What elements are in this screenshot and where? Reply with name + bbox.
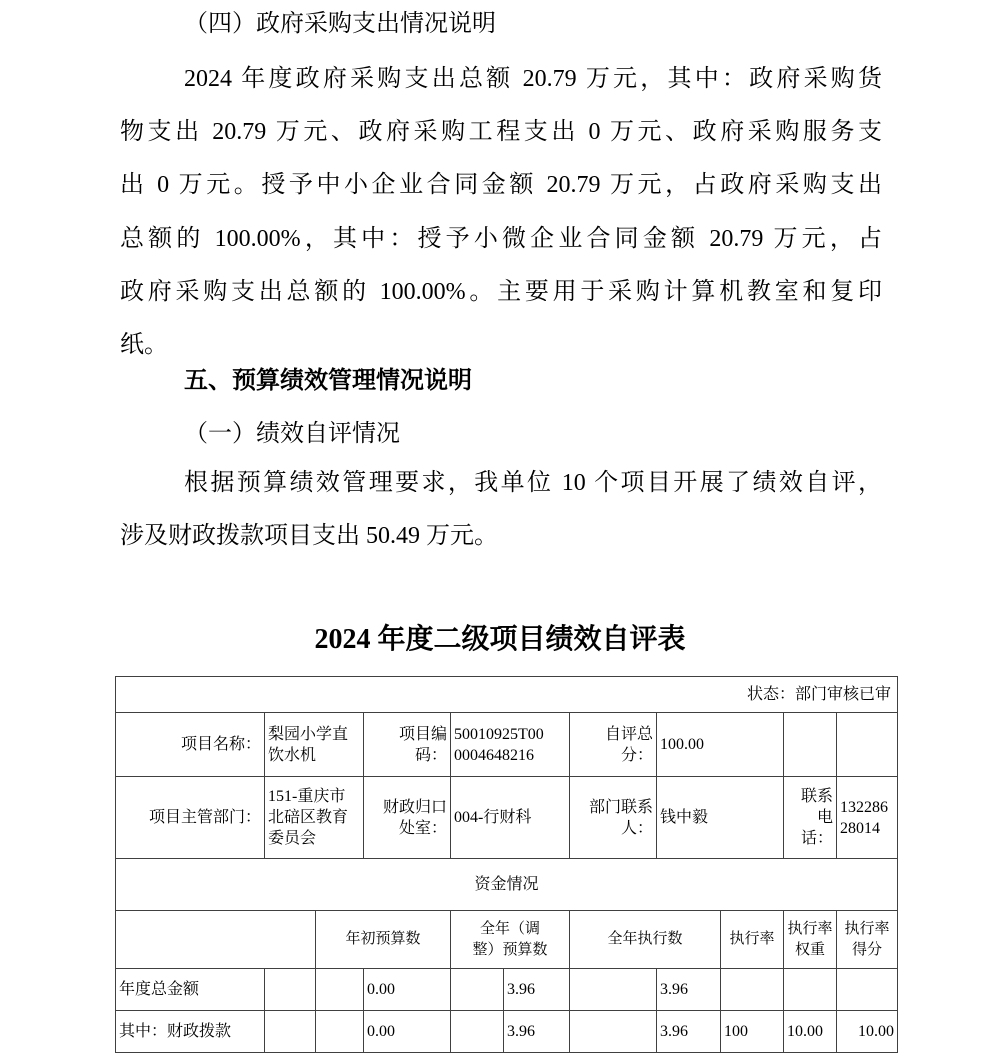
empty-cell xyxy=(265,1011,316,1053)
rate-score-value: 10.00 xyxy=(837,1011,898,1053)
funds-section-title: 资金情况 xyxy=(116,859,898,911)
rate-weight-value xyxy=(784,969,837,1011)
project-name-label: 项目名称： xyxy=(116,713,265,777)
procurement-paragraph: 2024 年度政府采购支出总额 20.79 万元，其中：政府采购货 物支出 20… xyxy=(120,53,882,372)
section5-heading: 五、预算绩效管理情况说明 xyxy=(120,354,882,407)
project-code-label: 项目编 码： xyxy=(364,713,451,777)
empty-cell xyxy=(570,1011,657,1053)
execution-rate-value: 100 xyxy=(721,1011,784,1053)
empty-header-cell xyxy=(116,911,316,969)
adjusted-budget-value: 3.96 xyxy=(504,1011,570,1053)
finance-office-value: 004-行财科 xyxy=(451,777,570,859)
rate-weight-value: 10.00 xyxy=(784,1011,837,1053)
paragraph-line: 物支出 20.79 万元、政府采购工程支出 0 万元、政府采购服务支 xyxy=(120,106,882,159)
row-label: 其中：财政拨款 xyxy=(116,1011,265,1053)
row-label: 年度总金额 xyxy=(116,969,265,1011)
initial-budget-value: 0.00 xyxy=(364,1011,451,1053)
contact-phone-value: 132286 28014 xyxy=(837,777,898,859)
project-name-value: 梨园小学直 饮水机 xyxy=(265,713,364,777)
document-page: （四）政府采购支出情况说明 2024 年度政府采购支出总额 20.79 万元，其… xyxy=(0,0,1000,1060)
table-row: 其中：财政拨款 0.00 3.96 3.96 100 10.00 10.00 xyxy=(116,1011,898,1053)
rate-score-value xyxy=(837,969,898,1011)
empty-cell xyxy=(451,1011,504,1053)
col-rate-weight: 执行率 权重 xyxy=(784,911,837,969)
col-adjusted-budget: 全年（调 整）预算数 xyxy=(451,911,570,969)
paragraph-line: 涉及财政拨款项目支出 50.49 万元。 xyxy=(120,510,882,563)
col-execution-rate: 执行率 xyxy=(721,911,784,969)
empty-cell xyxy=(451,969,504,1011)
project-code-value: 50010925T00 0004648216 xyxy=(451,713,570,777)
selfeval-table: 状态：部门审核已审 项目名称： 梨园小学直 饮水机 项目编 码： 5001092… xyxy=(115,676,898,1053)
empty-cell xyxy=(570,969,657,1011)
empty-cell xyxy=(316,969,364,1011)
selfeval-paragraph: 根据预算绩效管理要求，我单位 10 个项目开展了绩效自评， 涉及财政拨款项目支出… xyxy=(120,457,882,563)
paragraph-line: 根据预算绩效管理要求，我单位 10 个项目开展了绩效自评， xyxy=(120,457,882,510)
contact-phone-label: 联系 电 话： xyxy=(784,777,837,859)
selfeval-score-value: 100.00 xyxy=(657,713,784,777)
finance-office-label: 财政归口 处室： xyxy=(364,777,451,859)
col-executed: 全年执行数 xyxy=(570,911,721,969)
section4-heading: （四）政府采购支出情况说明 xyxy=(120,0,882,51)
status-cell: 状态：部门审核已审 xyxy=(116,677,898,713)
executed-value: 3.96 xyxy=(657,969,721,1011)
paragraph-line: 政府采购支出总额的 100.00%。主要用于采购计算机教室和复印 xyxy=(120,266,882,319)
col-initial-budget: 年初预算数 xyxy=(316,911,451,969)
adjusted-budget-value: 3.96 xyxy=(504,969,570,1011)
col-rate-score: 执行率 得分 xyxy=(837,911,898,969)
empty-cell xyxy=(265,969,316,1011)
paragraph-line: 出 0 万元。授予中小企业合同金额 20.79 万元，占政府采购支出 xyxy=(120,159,882,212)
dept-label: 项目主管部门： xyxy=(116,777,265,859)
execution-rate-value xyxy=(721,969,784,1011)
selfeval-score-label: 自评总 分： xyxy=(570,713,657,777)
contact-person-label: 部门联系 人： xyxy=(570,777,657,859)
table-title: 2024 年度二级项目绩效自评表 xyxy=(0,613,1000,666)
empty-cell xyxy=(784,713,837,777)
dept-value: 151-重庆市 北碚区教育 委员会 xyxy=(265,777,364,859)
table-row: 年度总金额 0.00 3.96 3.96 xyxy=(116,969,898,1011)
paragraph-line: 2024 年度政府采购支出总额 20.79 万元，其中：政府采购货 xyxy=(120,53,882,106)
empty-cell xyxy=(316,1011,364,1053)
empty-cell xyxy=(837,713,898,777)
subsection1-heading: （一）绩效自评情况 xyxy=(120,408,882,461)
contact-person-value: 钱中毅 xyxy=(657,777,784,859)
initial-budget-value: 0.00 xyxy=(364,969,451,1011)
executed-value: 3.96 xyxy=(657,1011,721,1053)
paragraph-line: 总额的 100.00%，其中：授予小微企业合同金额 20.79 万元，占 xyxy=(120,213,882,266)
